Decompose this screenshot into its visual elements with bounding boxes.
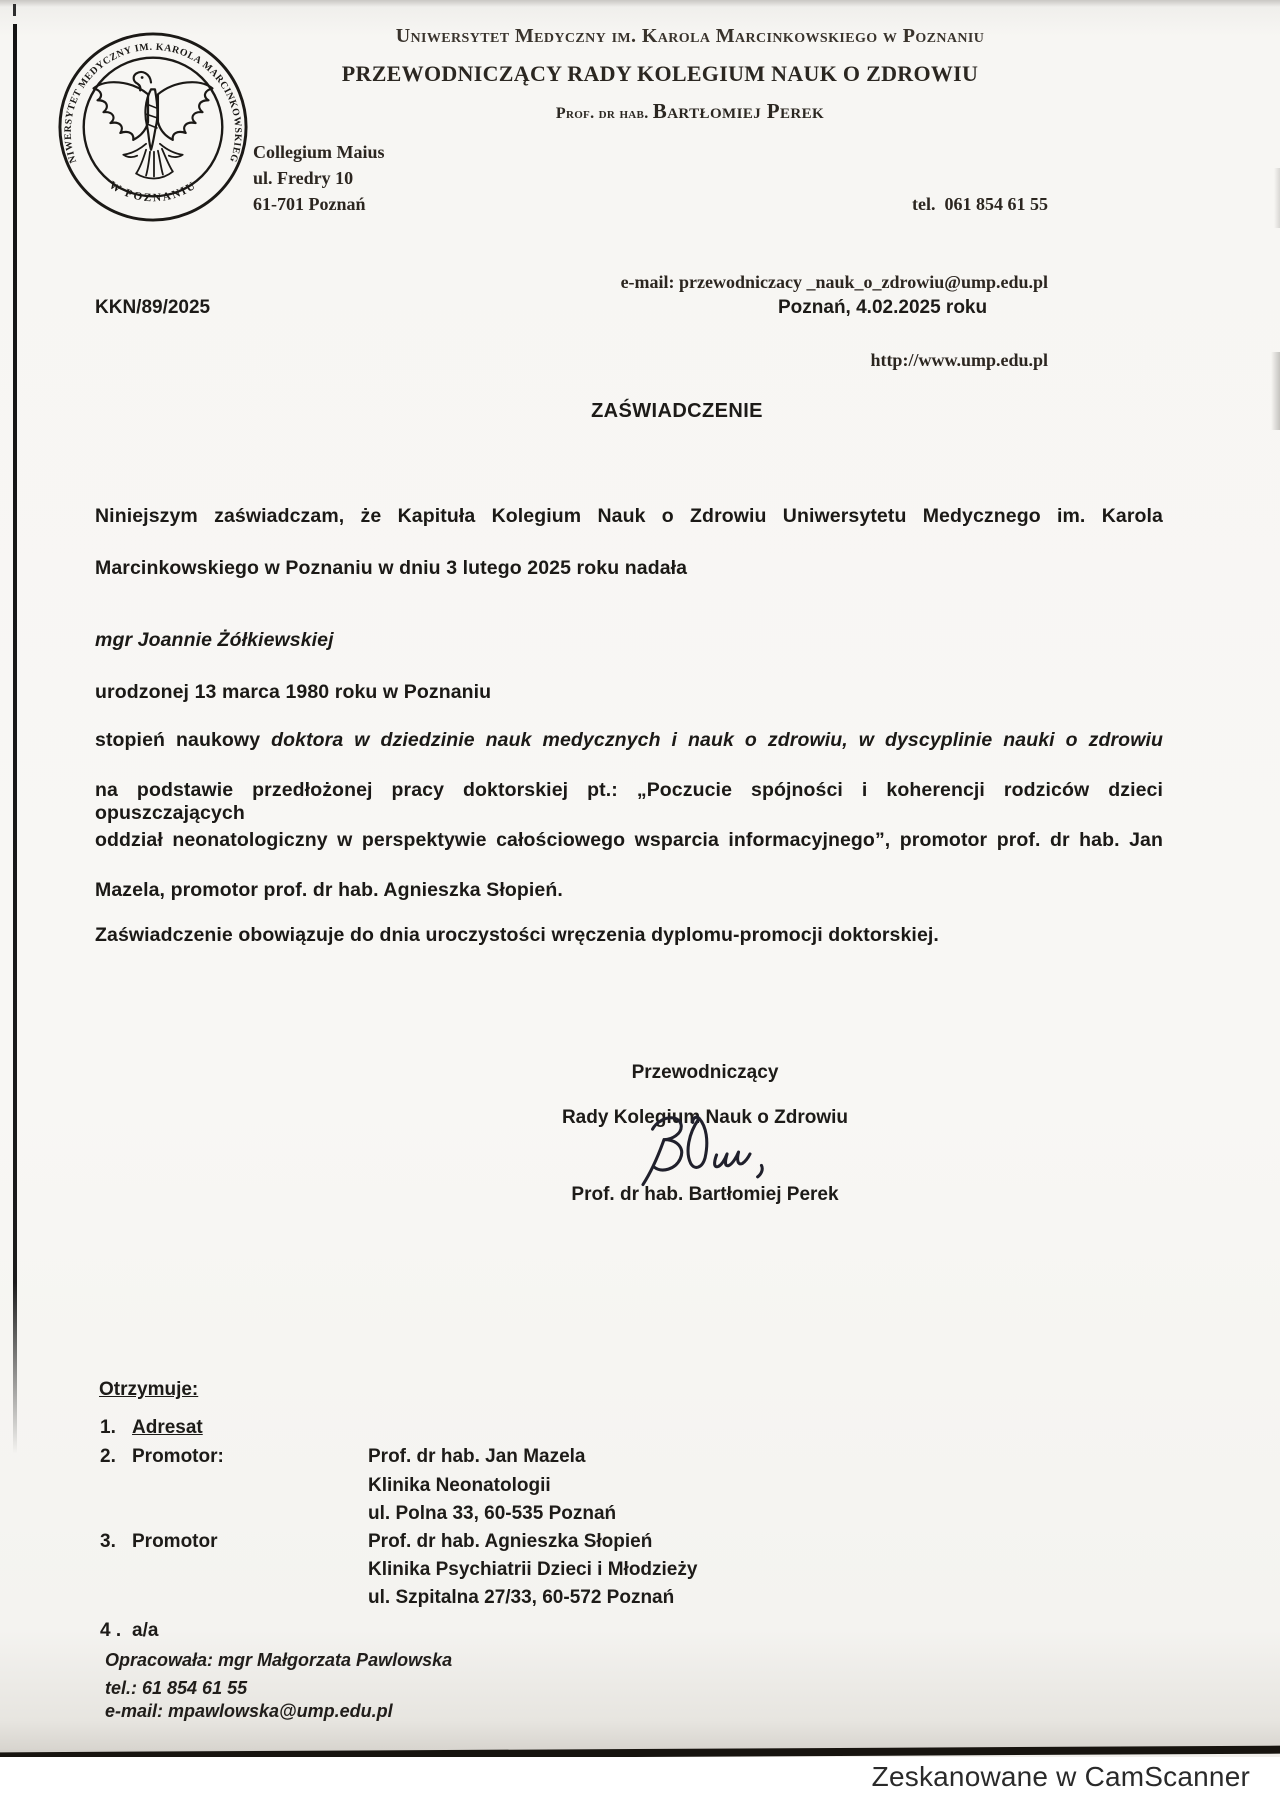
officer-name: Bartłomiej Perek: [653, 99, 824, 123]
letterhead-university-name: Uniwersytet Medyczny im. Karola Marcinko…: [320, 25, 1060, 48]
recipient-birth-info: urodzonej 13 marca 1980 roku w Poznaniu: [95, 681, 1163, 704]
address-street: ul. Fredry 10: [253, 165, 385, 191]
distribution-item2-detail2: Klinika Neonatologii: [368, 1475, 551, 1497]
scanned-document-page: UNIWERSYTET MEDYCZNY IM. KAROLA MARCINKO…: [0, 0, 1280, 1811]
distribution-item1-number: 1.: [100, 1417, 116, 1439]
degree-line: stopień naukowy doktora w dziedzinie nau…: [95, 729, 1163, 752]
degree-prefix: stopień naukowy: [95, 729, 271, 751]
body-paragraph1-line2: Marcinkowskiego w Poznaniu w dniu 3 lute…: [95, 557, 1163, 580]
prepared-by-phone: tel.: 61 854 61 55: [105, 1678, 247, 1699]
university-seal-logo: UNIWERSYTET MEDYCZNY IM. KAROLA MARCINKO…: [54, 28, 252, 226]
letterhead-contact: tel. 061 854 61 55 e-mail: przewodniczac…: [621, 139, 1048, 425]
prepared-by-name: Opracowała: mgr Małgorzata Pawlowska: [105, 1650, 452, 1671]
letterhead-office-title: PRZEWODNICZĄCY RADY KOLEGIUM NAUK O ZDRO…: [290, 61, 1030, 87]
contact-website: http://www.ump.edu.pl: [621, 347, 1048, 373]
distribution-item3-detail1: Prof. dr hab. Agnieszka Słopień: [368, 1531, 652, 1553]
scan-top-edge-shadow: [0, 0, 1280, 7]
distribution-item1-label: Adresat: [132, 1417, 203, 1439]
seal-bottom-text: W POZNANIU: [107, 179, 199, 204]
scan-left-edge-line: [13, 24, 17, 1454]
distribution-heading: Otrzymuje:: [99, 1379, 198, 1401]
distribution-item3-label: Promotor: [132, 1531, 218, 1553]
distribution-item2-label: Promotor:: [132, 1446, 224, 1468]
distribution-item4-number: 4 .: [100, 1620, 121, 1642]
body-paragraph1-line1: Niniejszym zaświadczam, że Kapituła Kole…: [95, 505, 1163, 528]
distribution-item2-number: 2.: [100, 1446, 116, 1468]
eagle-seal-icon: UNIWERSYTET MEDYCZNY IM. KAROLA MARCINKO…: [54, 28, 252, 226]
recipient-name: mgr Joannie Żółkiewskiej: [95, 629, 1163, 652]
contact-email: e-mail: przewodniczacy _nauk_o_zdrowiu@u…: [621, 269, 1048, 295]
validity-statement: Zaświadczenie obowiązuje do dnia uroczys…: [95, 924, 1163, 947]
prepared-by-email: e-mail: mpawlowska@ump.edu.pl: [105, 1701, 393, 1722]
signer-printed-name: Prof. dr hab. Bartłomiej Perek: [405, 1184, 1005, 1206]
document-title: ZAŚWIADCZENIE: [37, 400, 1280, 423]
scan-left-line-fragment: [13, 4, 16, 16]
place-and-date: Poznań, 4.02.2025 roku: [778, 297, 987, 319]
address-building: Collegium Maius: [253, 139, 385, 165]
distribution-item4-label: a/a: [132, 1620, 158, 1642]
distribution-item3-detail3: ul. Szpitalna 27/33, 60-572 Poznań: [368, 1587, 674, 1609]
distribution-item2-detail3: ul. Polna 33, 60-535 Poznań: [368, 1503, 616, 1525]
letterhead-officer-name: Prof. dr hab. Bartłomiej Perek: [320, 99, 1060, 124]
distribution-item3-detail2: Klinika Psychiatrii Dzieci i Młodzieży: [368, 1559, 697, 1581]
signature-role-line1: Przewodniczący: [405, 1062, 1005, 1084]
reference-number: KKN/89/2025: [95, 297, 210, 319]
scan-right-smudge-upper: [1274, 168, 1280, 228]
thesis-line3: Mazela, promotor prof. dr hab. Agnieszka…: [95, 879, 1163, 902]
officer-title-prefix: Prof. dr hab.: [556, 105, 653, 122]
address-city: 61-701 Poznań: [253, 191, 385, 217]
svg-text:W POZNANIU: W POZNANIU: [107, 179, 199, 204]
contact-phone: tel. 061 854 61 55: [621, 191, 1048, 217]
thesis-line2: oddział neonatologiczny w perspektywie c…: [95, 829, 1163, 852]
eagle-emblem-icon: [94, 72, 213, 178]
camscanner-watermark: Zeskanowane w CamScanner: [872, 1761, 1250, 1793]
distribution-item2-detail1: Prof. dr hab. Jan Mazela: [368, 1446, 586, 1468]
distribution-item3-number: 3.: [100, 1531, 116, 1553]
thesis-line1: na podstawie przedłożonej pracy doktorsk…: [95, 779, 1163, 825]
letterhead-address: Collegium Maius ul. Fredry 10 61-701 Poz…: [253, 139, 385, 217]
degree-field-emphasis: doktora w dziedzinie nauk medycznych i n…: [271, 729, 1163, 751]
